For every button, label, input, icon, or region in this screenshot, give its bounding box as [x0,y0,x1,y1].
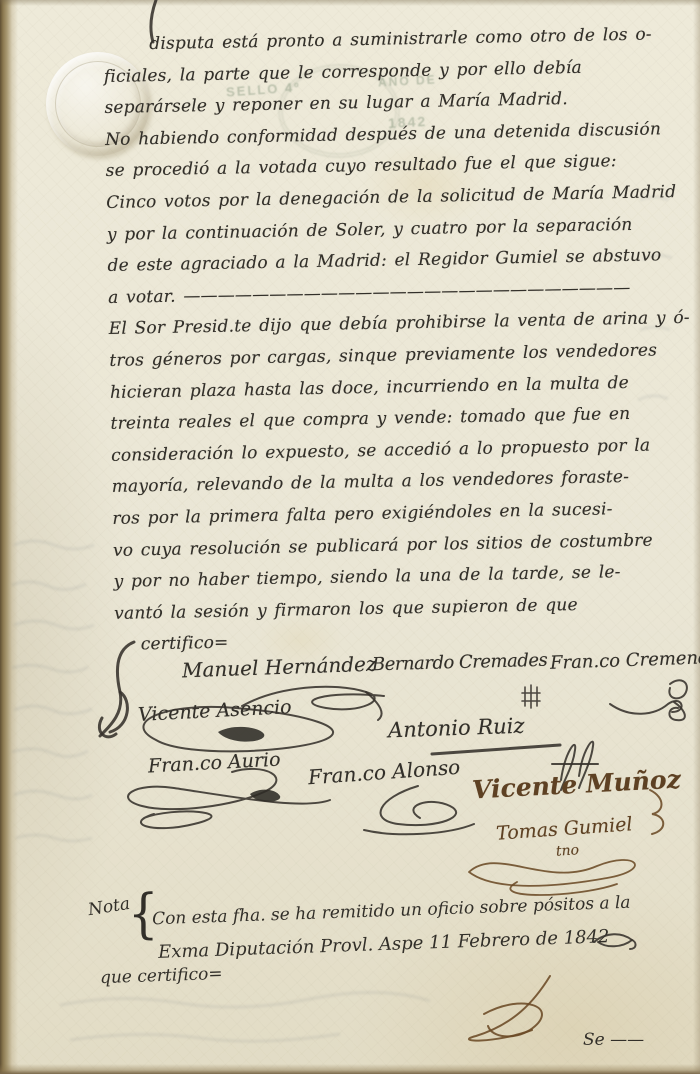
manuscript-text-block: disputa está pronto a suministrarle como… [103,19,685,662]
note-label: Nota [87,894,132,920]
signature-rubric [608,676,696,728]
page-edge-left [0,0,18,1074]
signature-antonio-ruiz: Antonio Ruiz [388,714,525,743]
signature-rubric [358,780,480,838]
manuscript-scan-page: SELLO 4º AÑO DE 1842 disputa está pronto… [0,0,700,1074]
signature-rubric [520,680,544,710]
signature-vicente-munoz: Vicente Muñoz [471,765,681,805]
note-line-2: Exma Diputación Provl. Aspe 11 Febrero d… [158,926,610,963]
page-edge-bottom [0,1064,700,1074]
note-line-1: Con esta fha. se ha remitido un oficio s… [152,893,631,930]
signature-gumiel-suffix: tno [555,842,579,860]
signature-fran-cremend: Fran.co Cremend [550,647,700,674]
page-edge-top [0,0,700,6]
signature-tomas-gumiel: Tomas Gumiel [495,813,633,844]
signature-fran-alonso: Fran.co Alonso [307,755,461,790]
note-line-3: que certifico= [100,964,223,988]
signature-vicente-asencio: Vicente Asencio [138,696,293,726]
catchword: Se —— [583,1030,644,1050]
secretary-rubric [452,972,582,1050]
page-edge-right [693,0,700,1074]
signature-bernardo-cremades: Bernardo Cremades [372,650,548,676]
signature-fran-aurio: Fran.co Aurio [148,749,282,778]
